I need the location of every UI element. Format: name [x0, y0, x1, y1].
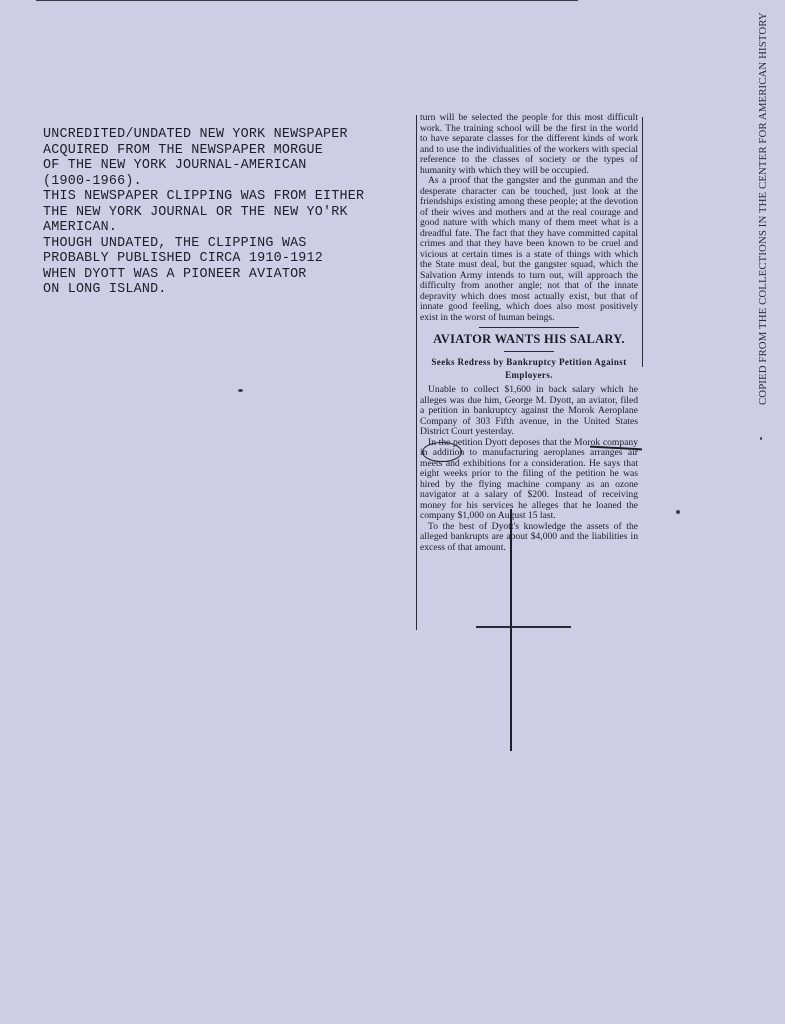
scan-top-edge	[36, 0, 578, 1]
newspaper-clipping: turn will be selected the people for thi…	[420, 113, 638, 553]
pen-circle-mark	[422, 442, 462, 462]
archive-note-line: (1900-1966).	[43, 174, 423, 190]
article-subheadline: Seeks Redress by Bankruptcy Petition Aga…	[420, 356, 638, 381]
scan-speck	[760, 437, 762, 440]
column-left-rule	[416, 115, 417, 630]
article-headline: AVIATOR WANTS HIS SALARY.	[420, 332, 638, 347]
article-body: Unable to collect $1,600 in back salary …	[420, 385, 638, 553]
headline-rule	[504, 351, 554, 352]
scan-speck	[676, 510, 680, 514]
archive-note: UNCREDITED/UNDATED NEW YORK NEWSPAPER AC…	[43, 127, 423, 298]
archive-note-line: UNCREDITED/UNDATED NEW YORK NEWSPAPER	[43, 127, 423, 143]
archive-note-line: THOUGH UNDATED, THE CLIPPING WAS	[43, 236, 423, 252]
pen-vertical-mark	[510, 509, 512, 751]
article-paragraph: To the best of Dyott's knowledge the ass…	[420, 522, 638, 554]
archive-note-line: PROBABLY PUBLISHED CIRCA 1910-1912	[43, 251, 423, 267]
archive-note-line: THE NEW YORK JOURNAL OR THE NEW YO'RK	[43, 205, 423, 221]
archive-note-line: AMERICAN.	[43, 220, 423, 236]
archive-note-line: WHEN DYOTT WAS A PIONEER AVIATOR	[43, 267, 423, 283]
archive-note-line: ON LONG ISLAND.	[43, 282, 423, 298]
scan-speck	[238, 389, 243, 392]
article-separator-rule	[479, 327, 579, 328]
collection-credit-stamp: COPIED FROM THE COLLECTIONS IN THE CENTE…	[757, 45, 777, 405]
archive-note-line: THIS NEWSPAPER CLIPPING WAS FROM EITHER	[43, 189, 423, 205]
article-end-rule	[476, 626, 571, 628]
archive-note-line: OF THE NEW YORK JOURNAL-AMERICAN	[43, 158, 423, 174]
previous-article: turn will be selected the people for thi…	[420, 113, 638, 323]
article-paragraph: Unable to collect $1,600 in back salary …	[420, 385, 638, 438]
previous-article-paragraph: As a proof that the gangster and the gun…	[420, 176, 638, 323]
column-right-rule	[642, 117, 643, 367]
previous-article-paragraph: turn will be selected the people for thi…	[420, 113, 638, 176]
archive-note-line: ACQUIRED FROM THE NEWSPAPER MORGUE	[43, 143, 423, 159]
